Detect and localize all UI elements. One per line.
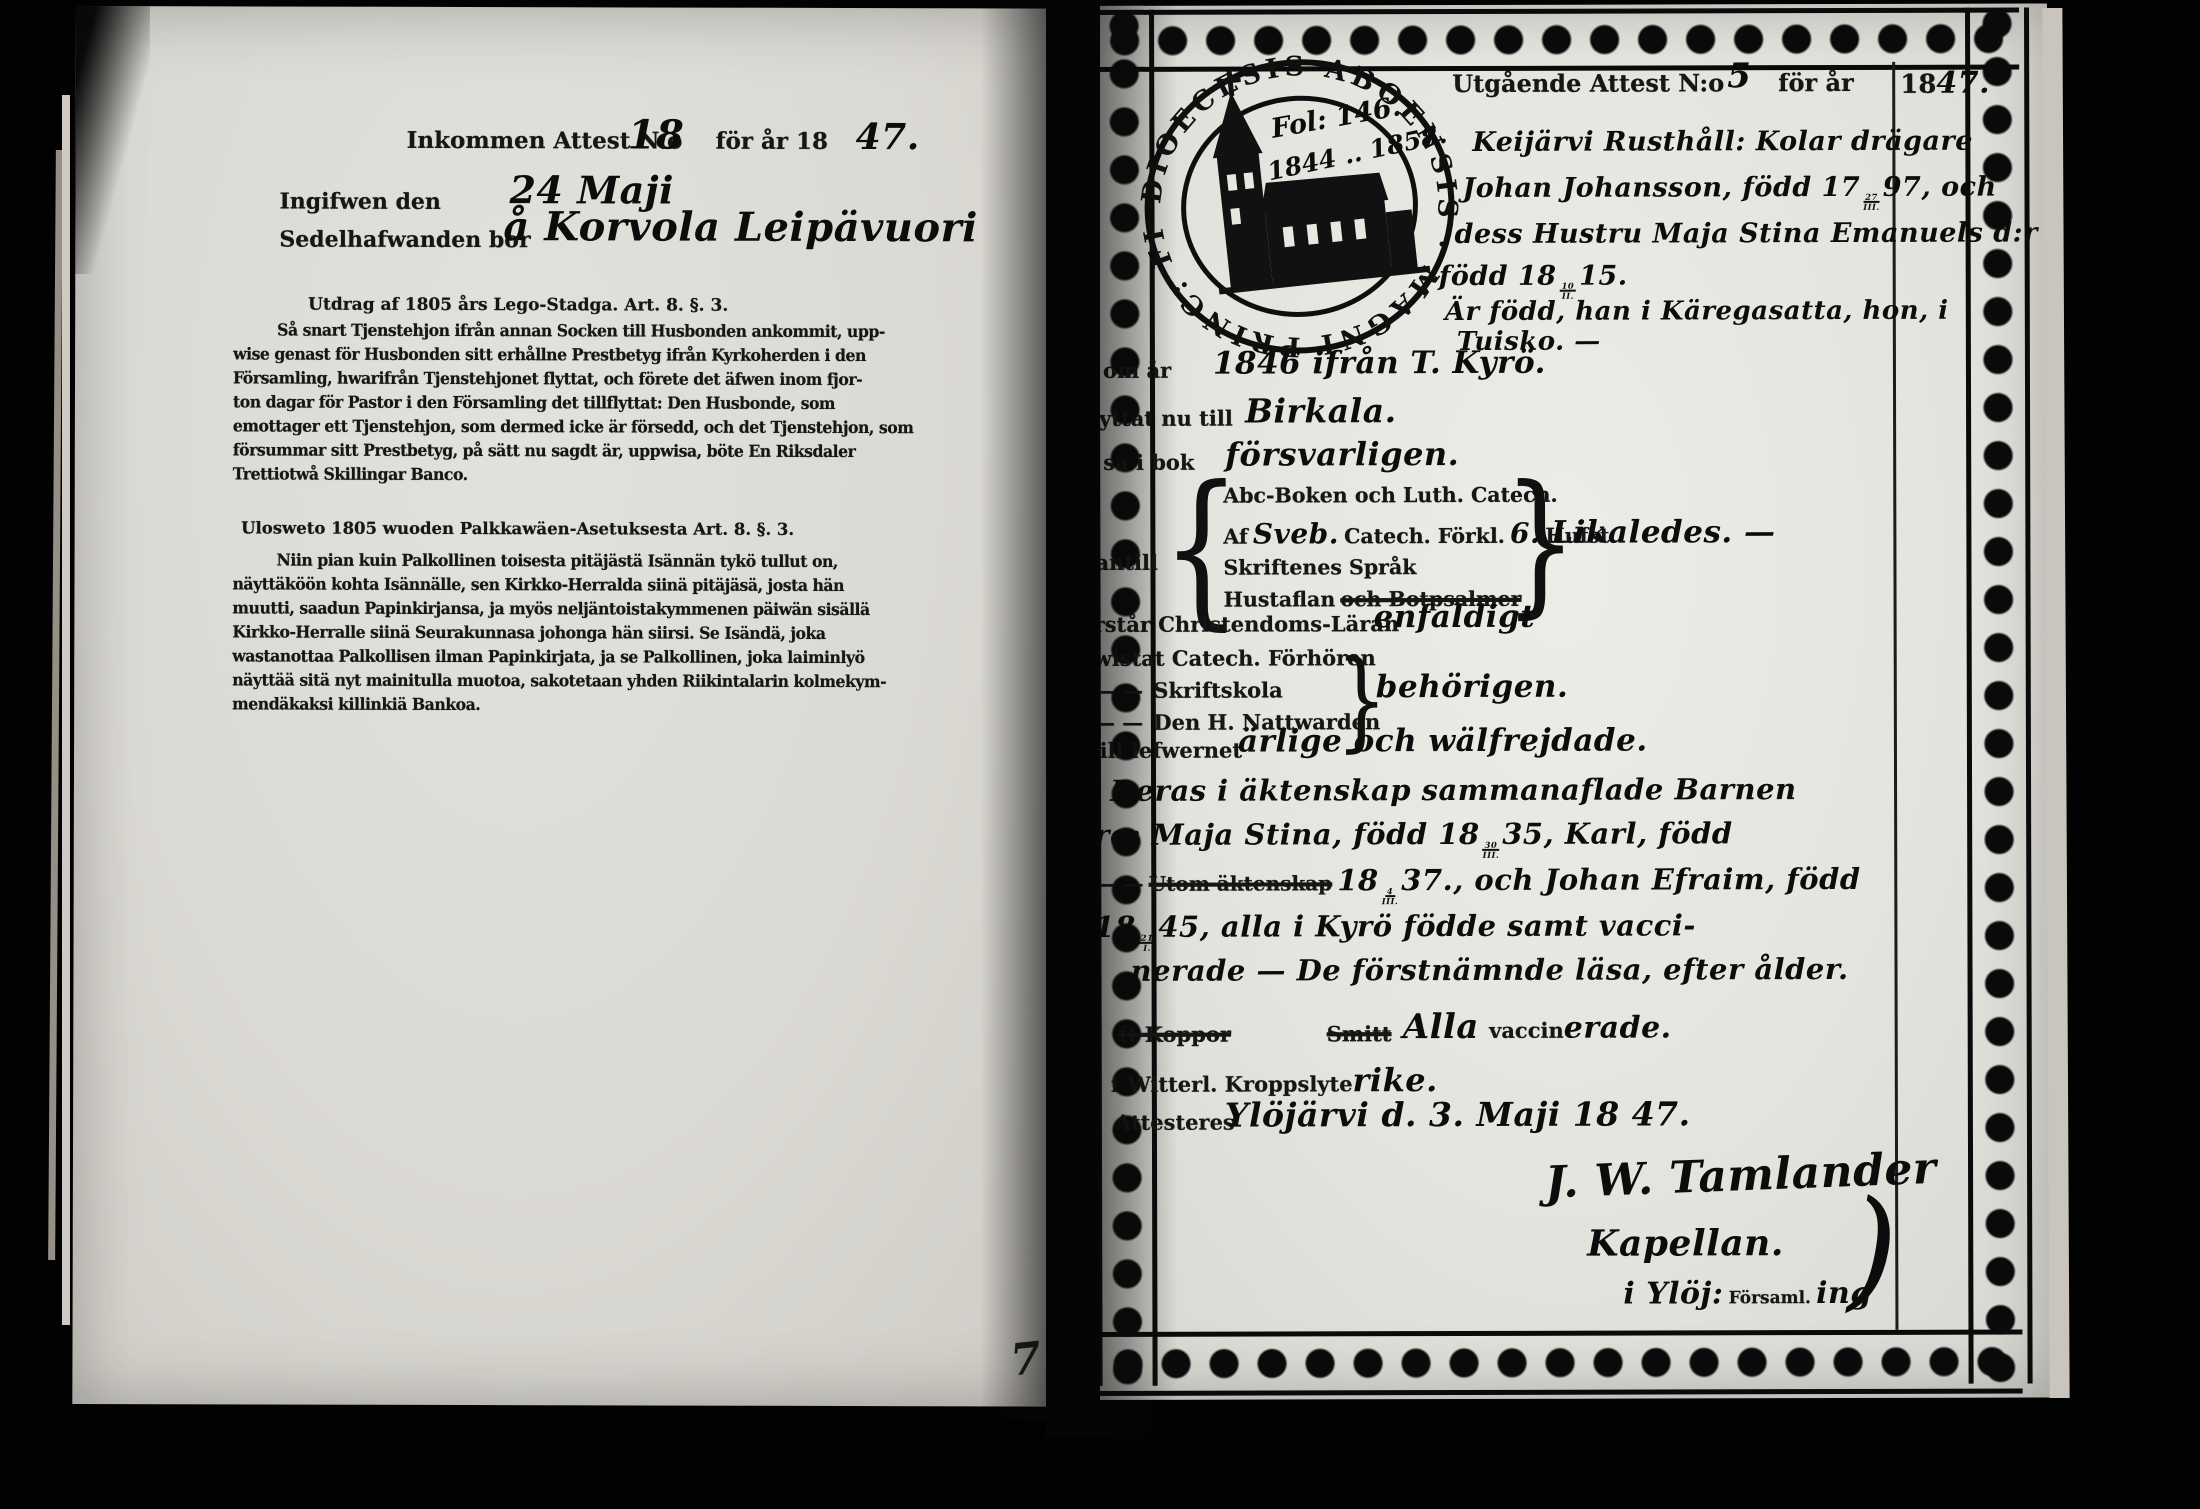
finnish-line: Niin pian kuin Palkollinen toisesta pitä… [277, 551, 868, 572]
children-line: ro: Maja Stina, född 1830III.35, Karl, f… [1094, 816, 1733, 861]
attest-header-right: Utgående Attest N:o [1452, 68, 1724, 98]
children-line: Deras i äktenskap sammanaflade Barnen [1110, 772, 1797, 808]
swedish-line: ton dagar för Pastor i den Församling de… [233, 392, 867, 413]
form-reads-value: försvarligen. [1225, 435, 1459, 474]
signature-place: i Ylöj: Församl. ing [1623, 1276, 1871, 1312]
swedish-line: Trettiotwå Skillingar Banco. [233, 464, 480, 484]
finnish-heading: Ulosweto 1805 wuoden Palkkawäen-Asetukse… [235, 518, 801, 538]
intro-line: Johan Johansson, född 1727III.97, och [1462, 172, 1996, 214]
children-line: nerade — De förstnämnde läsa, efter ålde… [1130, 952, 1848, 988]
rosette-border-bottom [1097, 1330, 2022, 1396]
gutter-shadow [1100, 0, 1178, 1438]
form-moved-to-value: Birkala. [1245, 391, 1397, 430]
form-conduct-value: ärlige och wälfrejdade. [1238, 722, 1648, 759]
inner-frame-line [1892, 62, 1898, 1330]
signature-title: Kapellan. [1587, 1222, 1784, 1265]
finnish-line: näyttää sitä nyt mainitulla muotoa, sako… [232, 670, 920, 691]
finnish-line: wastanottaa Palkollisen ilman Papinkirja… [232, 646, 898, 667]
page-edge-strip [48, 150, 63, 1260]
swedish-line: Så snart Tjenstehjon ifrån annan Socken … [277, 321, 917, 342]
rosette-border-right [1965, 7, 2033, 1383]
smitt-label: Smitt [1327, 1021, 1392, 1046]
children-line: — — Utom äktenskap 184III.37., och Johan… [1094, 862, 1860, 907]
birthdate-fraction: 4III. [1382, 887, 1399, 906]
ingifwen-label: Ingifwen den [279, 189, 441, 215]
page-edge-strip [62, 95, 70, 1325]
swedish-line: emottager ett Tjenstehjon, som dermed ic… [233, 416, 949, 437]
closing-paren: ) [1847, 1172, 1899, 1324]
left-page-edge-shadow [980, 0, 1046, 1420]
swedish-line: Församling, hwarifrån Tjenstehjonet flyt… [233, 368, 895, 389]
form-understands-value: enfaldigt [1374, 599, 1536, 635]
right-page: DIOECESIS ABOENSIS · MAGNI PRINC: FINL · [1072, 3, 2051, 1400]
sedelhafwanden-value: å Korvola Leipävuori [503, 203, 977, 251]
form-came-year-value: 1846 ifrån T. Kyrö. [1213, 345, 1546, 382]
attest-number-hand-right: 5 [1727, 56, 1751, 96]
catechism-note: Likaledes. — [1551, 514, 1775, 551]
page-corner-shadow [75, 6, 150, 274]
intro-line: Är född, han i Käregasatta, hon, i [1445, 296, 1949, 327]
swedish-line: wise genast för Husbonden sitt erhållne … [233, 344, 899, 365]
finnish-line: näyttäköön kohta Isännälle, sen Kirkko-H… [232, 574, 876, 595]
catechism-item: Skriftenes Språk [1223, 555, 1416, 580]
vaccinated-value: Alla vaccinerade. [1403, 1006, 1672, 1047]
attestation-value: Ylöjärvi d. 3. Maji 18 47. [1225, 1094, 1691, 1134]
sedelhafwanden-label: Sedelhafwanden bor [279, 227, 530, 254]
intro-line: dess Hustru Maja Stina Emanuels d:r [1455, 217, 2038, 250]
swedish-line: försummar sitt Prestbetyg, på sätt nu sa… [233, 440, 888, 461]
finnish-line: muutti, saadun Papinkirjansa, ja myös ne… [232, 598, 903, 619]
intro-line: Keijärvi Rusthåll: Kolar drägare [1472, 126, 1973, 158]
birthdate-fraction: 30III. [1483, 841, 1500, 860]
swedish-heading: Utdrag af 1805 års Lego-Stadga. Art. 8. … [235, 294, 801, 315]
children-line: 1821I.45, alla i Kyrö födde samt vacci- [1094, 908, 1696, 953]
attest-year-print: för år 18 [716, 128, 828, 155]
form-nattwarden-note: behörigen. [1376, 669, 1569, 706]
attest-number-hand: 18 [628, 111, 685, 158]
intro-line: född 1810II.15. [1439, 261, 1628, 302]
book-gutter [1046, 0, 1100, 1438]
finnish-line: Kirkko-Herralle siinä Seurakunnasa johon… [232, 622, 857, 643]
left-page: Inkommen Attest N:o 18 för år 18 47. Ing… [72, 6, 1062, 1407]
finnish-line: mendäkaksi killinkiä Bankoa. [232, 694, 493, 714]
attest-year-label-right: för år [1778, 68, 1854, 97]
birthdate-fraction: 27III. [1863, 193, 1880, 212]
attest-year-right: 1847. [1900, 66, 1990, 101]
attest-year-hand: 47. [856, 116, 920, 158]
scanned-book-spread: Inkommen Attest N:o 18 för år 18 47. Ing… [0, 0, 2200, 1509]
